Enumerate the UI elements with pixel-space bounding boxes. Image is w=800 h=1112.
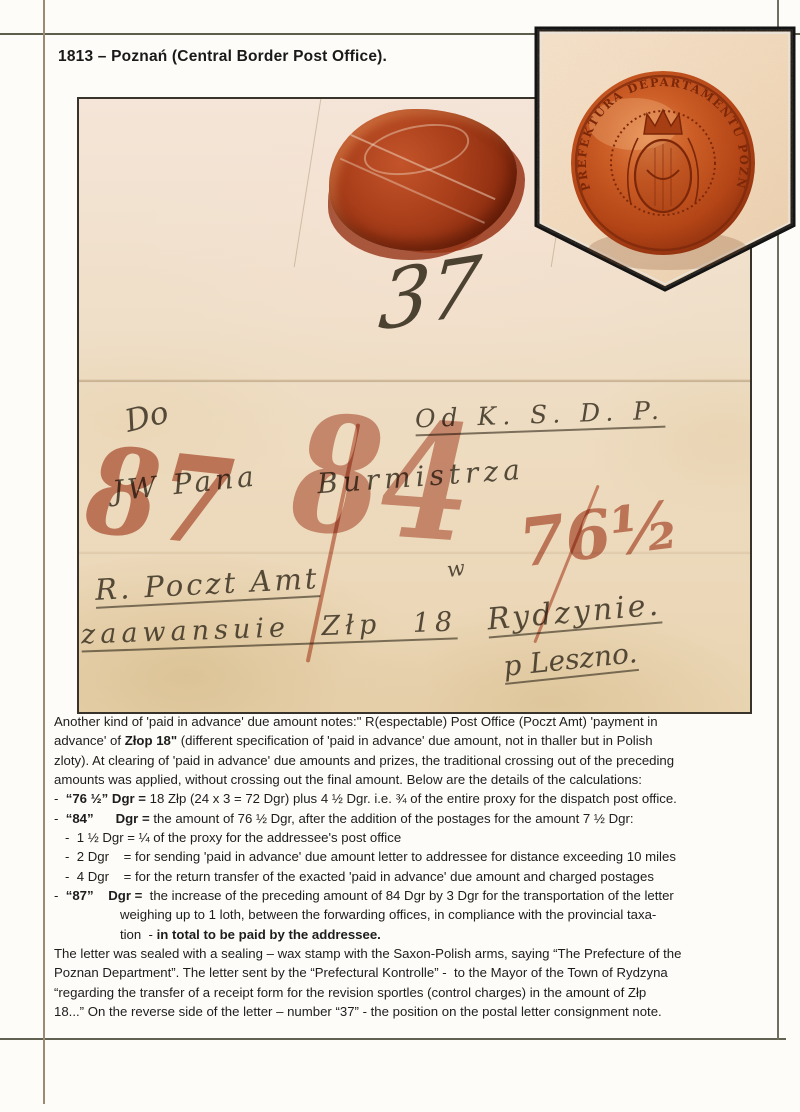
caption-segment: - [54,791,66,806]
caption-line: - “84” Dgr = the amount of 76 ½ Dgr, aft… [54,809,753,828]
wax-seal-closeup: PREFEKTURA DEPARTAMENTU POZNANSKIEGO [534,26,796,292]
caption-line: “regarding the transfer of a receipt for… [54,983,753,1002]
red-crayon-87: 87 [80,419,239,575]
caption-segment: 18...” On the reverse side of the letter… [54,1004,662,1019]
caption-segment: the increase of the preceding amount of … [142,888,673,903]
caption-segment: “76 ½” Dgr = [66,791,146,806]
handwriting-rydzynie: Rydzynie. [486,587,663,637]
caption-line: - 2 Dgr = for sending 'paid in advance' … [54,847,753,866]
caption-segment: amounts was applied, without crossing ou… [54,772,642,787]
caption-segment: Another kind of 'paid in advance' due am… [54,714,658,729]
caption-segment: - 1 ½ Dgr = ¼ of the proxy for the addre… [54,830,401,845]
caption-line: 18...” On the reverse side of the letter… [54,1002,753,1021]
caption-segment: - [54,888,66,903]
caption-segment: the amount of 76 ½ Dgr, after the additi… [150,811,634,826]
caption-line: tion - in total to be paid by the addres… [54,925,753,944]
caption-segment: - [54,811,66,826]
wax-seal-inset-photo: PREFEKTURA DEPARTAMENTU POZNANSKIEGO [534,26,796,292]
caption-line: The letter was sealed with a sealing – w… [54,944,753,963]
caption-line: amounts was applied, without crossing ou… [54,770,753,789]
caption-segment: - 2 Dgr = for sending 'paid in advance' … [54,849,676,864]
caption-segment: tion - [54,927,157,942]
caption-line: zloty). At clearing of 'paid in advance'… [54,751,753,770]
caption-segment: “87” Dgr = [66,888,143,903]
caption-segment: in total to be paid by the addressee. [157,927,381,942]
caption-segment: advance' of [54,733,125,748]
caption-segment: (different specification of 'paid in adv… [177,733,652,748]
exhibit-page: 1813 – Poznań (Central Border Post Offic… [0,0,800,1112]
caption-line: Another kind of 'paid in advance' due am… [54,712,753,731]
frame-line-bottom [0,1038,786,1040]
consignment-number-handwriting: 37 [375,238,484,349]
page-title: 1813 – Poznań (Central Border Post Offic… [58,48,387,66]
caption-line: - “87” Dgr = the increase of the precedi… [54,886,753,905]
caption-segment: weighing up to 1 loth, between the forwa… [54,907,656,922]
caption-segment: Poznan Department”. The letter sent by t… [54,965,668,980]
caption-line: - 4 Dgr = for the return transfer of the… [54,867,753,886]
caption-line: Poznan Department”. The letter sent by t… [54,963,753,982]
caption-segment: 18 Złp (24 x 3 = 72 Dgr) plus 4 ½ Dgr. i… [146,791,677,806]
red-crayon-84-crossed: 84 [287,380,478,579]
fold-crease [79,379,750,383]
caption-segment: zloty). At clearing of 'paid in advance'… [54,753,674,768]
frame-line-left [43,0,45,1104]
caption-segment: - 4 Dgr = for the return transfer of the… [54,869,654,884]
handwriting-avans-zlp18: zaawansuie Złp 18 [81,606,458,650]
caption-line: - 1 ½ Dgr = ¼ of the proxy for the addre… [54,828,753,847]
handwriting-leszno: p Leszno. [502,636,639,683]
red-crayon-76half-crossed: 76½ [515,485,684,582]
caption-line: weighing up to 1 loth, between the forwa… [54,905,753,924]
caption-line: advance' of Złop 18" (different specific… [54,731,753,750]
caption-segment: “regarding the transfer of a receipt for… [54,985,646,1000]
caption-line: - “76 ½” Dgr = 18 Złp (24 x 3 = 72 Dgr) … [54,789,753,808]
caption-segment: The letter was sealed with a sealing – w… [54,946,681,961]
caption-segment: Złop 18" [125,733,177,748]
caption-text-block: Another kind of 'paid in advance' due am… [54,712,753,1022]
caption-segment: “84” Dgr = [66,811,150,826]
